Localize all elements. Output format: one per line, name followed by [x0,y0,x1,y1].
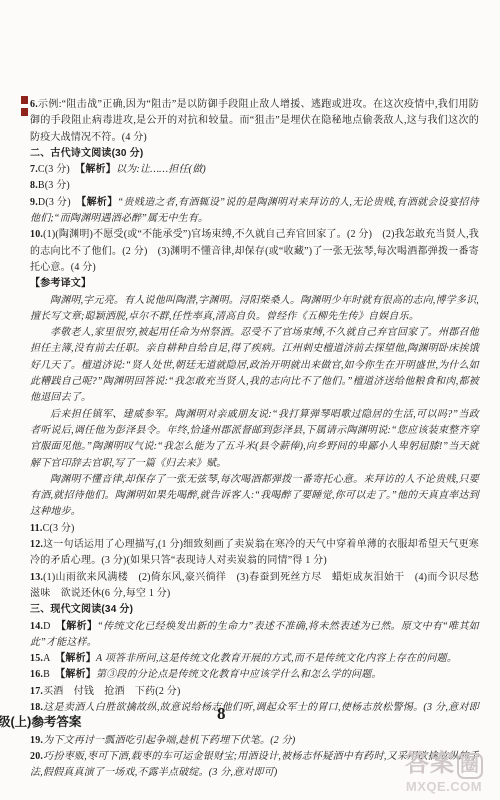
answer-text: 买酒 付钱 抢酒 下药(2 分) [43,686,180,697]
question-number: 20. [30,751,43,762]
answer-text: D [43,621,61,632]
answer-6: 6.示例:“阻击战”正确,因为“阻击”是以防御手段阻止敌人增援、逃跑或进攻。在这… [30,97,479,146]
answer-text: B(3 分) [38,180,70,191]
answer-text: D(3 分) [38,197,81,208]
question-number: 11. [30,523,43,534]
answer-18: 18.这是卖酒人白胜欲擒故纵,故意说给杨志他们听,调起众军士的胃口,使杨志放松警… [30,700,479,733]
watermark: 答案圈 MXQE.COM [392,751,496,794]
answer-text: (1)山雨欲来风满楼 (2)倚东风,豪兴徜徉 (3)春蚕到死丝方尽 蜡炬成灰泪始… [30,572,479,599]
answer-text: 示例:“阻击战”正确,因为“阻击”是以防御手段阻止敌人增援、逃跑或进攻。在这次疫… [30,99,479,143]
answer-text: (1)(陶渊明)不愿受(或“不能承受”)官场束缚,不久就自己弃官回家了。(2 分… [30,229,479,273]
analysis-text: 陶渊明不懂音律,却保存了一张无弦琴,每次喝酒都弹拨一番寄托心意。来拜访的人不论贵… [30,474,479,518]
section-modern-reading: 三、现代文阅读(34 分) [30,602,479,618]
analysis-text: 第③段的分论点是传统文化教育中应该学什么和怎么学的问题。 [96,669,382,680]
registration-mark [21,96,28,104]
answer-text: C(3 分) [38,164,80,175]
analysis-text: A 项答非所问,这是传统文化教育开展的方式,而不是传统文化内容上存在的问题。 [96,653,457,664]
question-number: 15. [30,653,43,664]
question-number: 7. [30,164,38,175]
analysis-label: 【解析】 [60,653,96,664]
answer-16: 16.B 【解析】第③段的分论点是传统文化教育中应该学什么和怎么学的问题。 [30,667,479,683]
section-title: 二、古代诗文阅读(30 分) [30,148,143,159]
translation-para-3: 后来担任镇军、建威参军。陶渊明对亲戚朋友说:“我打算弹琴唱歌过隐居的生活,可以吗… [30,407,479,472]
question-number: 19. [30,735,43,746]
answer-7: 7.C(3 分) 【解析】以为:让……担任(做) [30,162,479,178]
watermark-circled-char: 圈 [457,753,483,779]
analysis-text: 后来担任镇军、建威参军。陶渊明对亲戚朋友说:“我打算弹琴唱歌过隐居的生活,可以吗… [30,409,479,469]
analysis-label: 【解析】 [80,164,116,175]
analysis-text: 为下文再讨一瓢酒吃引起争端,趁机下药埋下伏笔。(2 分) [43,735,295,746]
answer-text: A [43,653,60,664]
analysis-label: 【解析】 [81,197,117,208]
section-ancient-reading: 二、古代诗文阅读(30 分) [30,146,479,162]
answer-14: 14.D 【解析】“传统文化已经焕发出新的生命力”表述不准确,将未然表述为已然。… [30,619,479,652]
answer-text: 这一句话运用了心理描写,(1 分)细致刻画了卖炭翁在寒冷的天气中穿着单薄的衣服却… [30,539,479,566]
analysis-label: 【解析】 [60,669,96,680]
question-number: 9. [30,197,38,208]
watermark-site-url: MXQE.COM [392,779,496,794]
answer-11: 11.C(3 分) [30,521,479,537]
analysis-label: 【解析】 [61,621,97,632]
answer-15: 15.A 【解析】A 项答非所问,这是传统文化教育开展的方式,而不是传统文化内容… [30,651,479,667]
question-number: 13. [30,572,43,583]
answer-text: C(3 分) [43,523,75,534]
answer-10: 10.(1)(陶渊明)不愿受(或“不能承受”)官场束缚,不久就自己弃官回家了。(… [30,227,479,276]
analysis-text: 以为:让……担任(做) [116,164,206,175]
watermark-brand-logo: 答案圈 [392,751,496,779]
analysis-text: “传统文化已经焕发出新的生命力”表述不准确,将未然表述为已然。原文中有“唯其如此… [30,621,479,648]
translation-para-1: 陶渊明,字元亮。有人说他叫陶潜,字渊明。浔阳柴桑人。陶渊明少年时就有很高的志向,… [30,293,479,326]
analysis-text: 陶渊明,字元亮。有人说他叫陶潜,字渊明。浔阳柴桑人。陶渊明少年时就有很高的志向,… [30,295,479,322]
translation-para-4: 陶渊明不懂音律,却保存了一张无弦琴,每次喝酒都弹拨一番寄托心意。来拜访的人不论贵… [30,472,479,521]
analysis-label: 【参考译文】 [30,278,91,289]
answer-9: 9.D(3 分) 【解析】“贵贱造之者,有酒辄设”说的是陶渊明对来拜访的人,无论… [30,195,479,228]
question-number: 6. [30,99,38,110]
answer-text: B [43,669,60,680]
question-number: 16. [30,669,43,680]
answer-key-page: 6.示例:“阻击战”正确,因为“阻击”是以防御手段阻止敌人增援、逃跑或进攻。在这… [0,0,500,800]
translation-label: 【参考译文】 [30,276,479,292]
page-number: 8 [217,704,226,724]
answers-content: 6.示例:“阻击战”正确,因为“阻击”是以防御手段阻止敌人增援、逃跑或进攻。在这… [30,97,479,781]
analysis-text: 孝敬老人,家里很穷,被起用任命为州祭酒。忍受不了官场束缚,不久就自己弃官回家了。… [30,327,479,403]
analysis-text: 这是卖酒人白胜欲擒故纵,故意说给杨志他们听,调起众军士的胃口,使杨志放松警惕。(… [30,702,479,729]
question-number: 17. [30,686,43,697]
question-number: 10. [30,229,43,240]
answer-8: 8.B(3 分) [30,178,479,194]
registration-mark [21,108,28,116]
watermark-brand-text: 答案 [405,750,455,777]
section-title: 三、现代文阅读(34 分) [30,604,133,615]
answer-12: 12.这一句话运用了心理描写,(1 分)细致刻画了卖炭翁在寒冷的天气中穿着单薄的… [30,537,479,570]
question-number: 14. [30,621,43,632]
footer-edition-label: 级(上)参考答案 [0,712,81,730]
answer-13: 13.(1)山雨欲来风满楼 (2)倚东风,豪兴徜徉 (3)春蚕到死丝方尽 蜡炬成… [30,570,479,603]
translation-para-2: 孝敬老人,家里很穷,被起用任命为州祭酒。忍受不了官场束缚,不久就自己弃官回家了。… [30,325,479,406]
answer-19: 19.为下文再讨一瓢酒吃引起争端,趁机下药埋下伏笔。(2 分) [30,733,479,749]
question-number: 12. [30,539,43,550]
answer-17: 17.买酒 付钱 抢酒 下药(2 分) [30,684,479,700]
question-number: 8. [30,180,38,191]
